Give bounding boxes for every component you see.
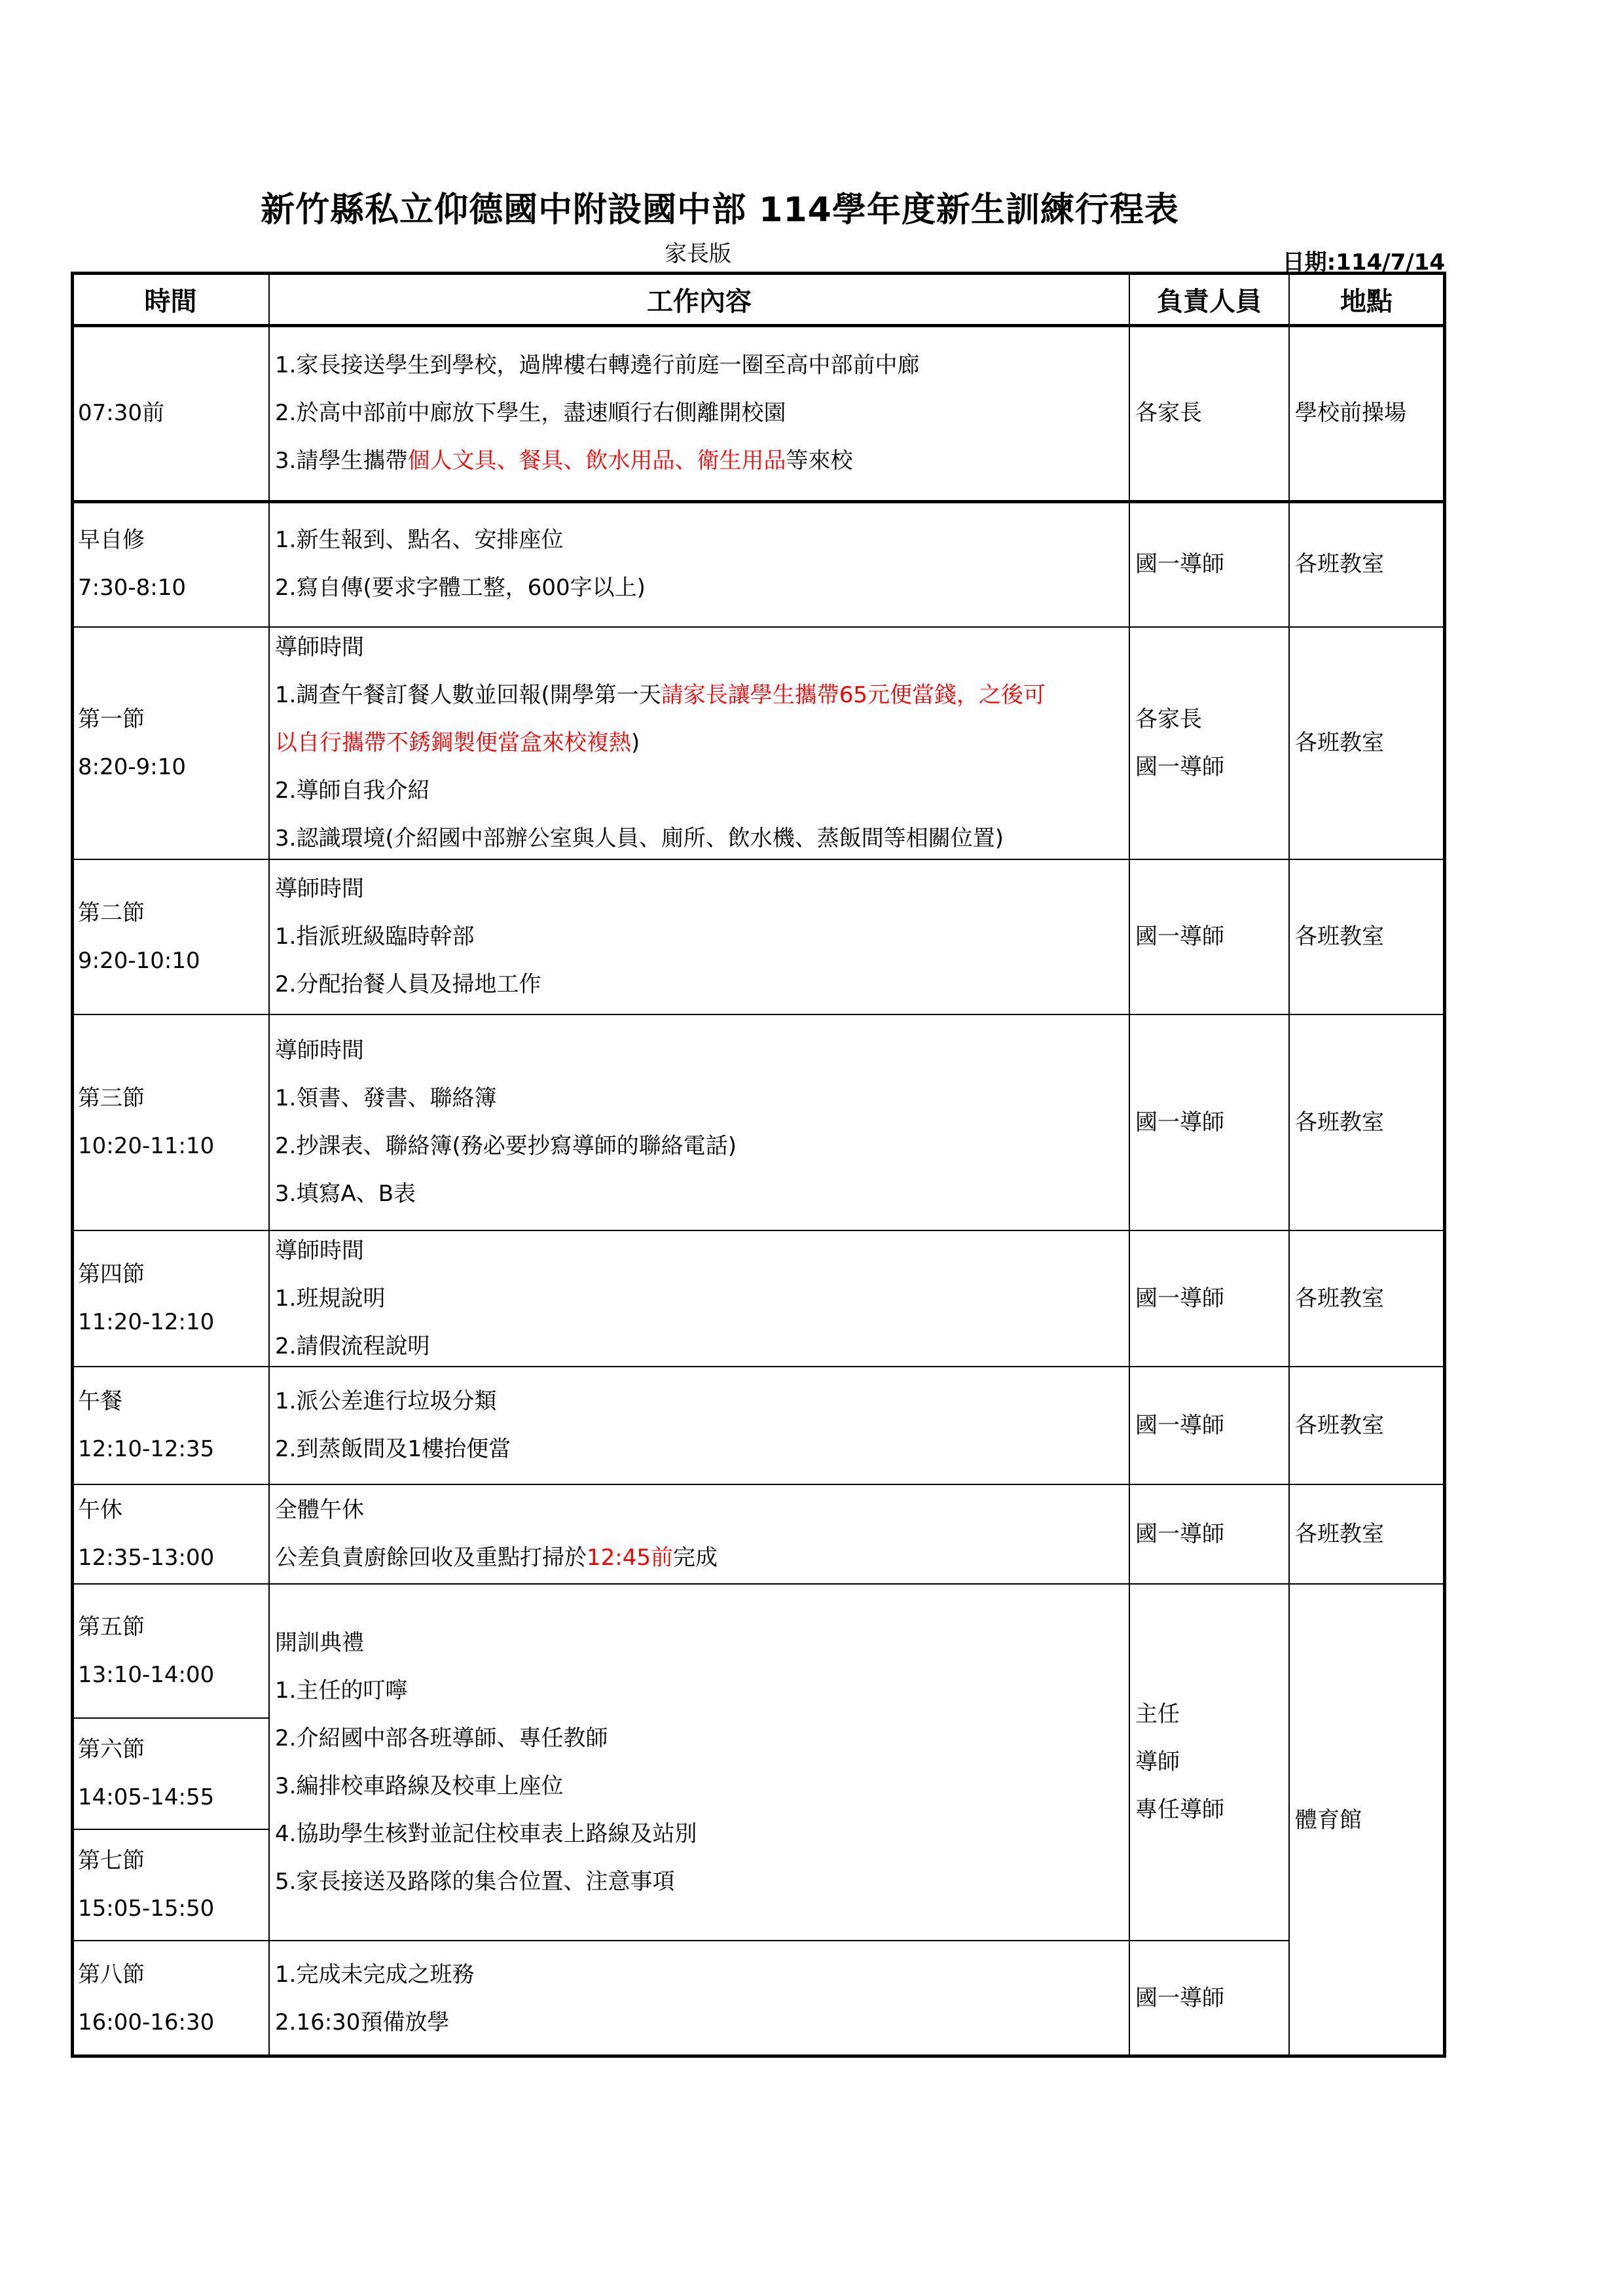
content-cell: 開訓典禮1.主任的叮嚀2.介紹國中部各班導師、專任教師3.編排校車路線及校車上座… bbox=[268, 1583, 1130, 1941]
content-cell: 全體午休公差負責廚餘回收及重點打掃於12:45前完成 bbox=[268, 1484, 1130, 1585]
cell-line: 導師時間 bbox=[275, 1027, 1129, 1075]
cell-text: 2.導師自我介紹 bbox=[275, 778, 429, 804]
content-cell: 1.家長接送學生到學校，過牌樓右轉遶行前庭一圈至高中部前中廊2.於高中部前中廊放… bbox=[268, 325, 1130, 502]
time-cell: 第四節11:20-12:10 bbox=[71, 1230, 270, 1367]
cell-text: 導師時間 bbox=[275, 1037, 364, 1064]
cell-line: 各班教室 bbox=[1295, 1275, 1444, 1323]
time-cell: 午休12:35-13:00 bbox=[71, 1484, 270, 1585]
content-cell: 1.派公差進行垃圾分類2.到蒸飯間及1樓抬便當 bbox=[268, 1366, 1130, 1485]
cell-line: 國一導師 bbox=[1135, 541, 1288, 588]
cell-line: 各班教室 bbox=[1295, 1099, 1444, 1147]
cell-line: 5.家長接送及路隊的集合位置、注意事項 bbox=[275, 1858, 1129, 1906]
cell-text: 1.指派班級臨時幹部 bbox=[275, 924, 474, 950]
column-header-location: 地點 bbox=[1288, 272, 1444, 326]
time-cell: 第一節8:20-9:10 bbox=[71, 626, 270, 860]
cell-line: 專任導師 bbox=[1135, 1786, 1288, 1834]
cell-line: 13:10-14:00 bbox=[78, 1651, 268, 1699]
cell-line: 3.填寫A、B表 bbox=[275, 1170, 1129, 1218]
location-cell: 各班教室 bbox=[1288, 1366, 1446, 1485]
cell-text: 2.寫自傳(要求字體工整，600字以上) bbox=[275, 575, 646, 601]
highlight-text: 請家長讓學生攜帶65元便當錢，之後可 bbox=[661, 682, 1046, 708]
column-header-content: 工作內容 bbox=[268, 272, 1130, 326]
staff-cell: 國一導師 bbox=[1129, 1366, 1290, 1485]
highlight-text: 個人文具、餐具、飲水用品、衛生用品 bbox=[407, 448, 786, 474]
cell-text: 導師時間 bbox=[275, 634, 364, 660]
cell-line: 第二節 bbox=[78, 889, 268, 937]
header-label: 地點 bbox=[1340, 281, 1393, 318]
content-cell: 1.完成未完成之班務2.16:30預備放學 bbox=[268, 1940, 1130, 2057]
cell-line: 2.16:30預備放學 bbox=[275, 1999, 1129, 2047]
cell-text: 1.班規說明 bbox=[275, 1285, 385, 1312]
cell-line: 2.介紹國中部各班導師、專任教師 bbox=[275, 1715, 1129, 1763]
cell-line: 早自修 bbox=[78, 516, 268, 564]
staff-cell: 國一導師 bbox=[1129, 1940, 1290, 2057]
cell-line: 07:30前 bbox=[78, 389, 268, 437]
cell-line: 8:20-9:10 bbox=[78, 744, 268, 791]
cell-line: 1.新生報到、點名、安排座位 bbox=[275, 516, 1129, 564]
header-divider bbox=[72, 324, 1445, 327]
location-cell: 各班教室 bbox=[1288, 626, 1446, 860]
time-cell: 早自修7:30-8:10 bbox=[71, 501, 270, 628]
content-cell: 1.新生報到、點名、安排座位2.寫自傳(要求字體工整，600字以上) bbox=[268, 501, 1130, 628]
highlight-text: 12:45前 bbox=[587, 1545, 673, 1571]
header-label: 工作內容 bbox=[647, 281, 752, 318]
cell-text: 2.於高中部前中廊放下學生，盡速順行右側離開校園 bbox=[275, 400, 786, 426]
cell-line: 1.主任的叮嚀 bbox=[275, 1667, 1129, 1715]
location-cell: 體育館 bbox=[1288, 1583, 1446, 2057]
header-label: 負責人員 bbox=[1157, 281, 1262, 318]
location-cell: 學校前操場 bbox=[1288, 325, 1446, 502]
header-label: 時間 bbox=[145, 281, 197, 318]
cell-line: 國一導師 bbox=[1135, 1975, 1288, 2022]
time-cell: 07:30前 bbox=[71, 325, 270, 502]
cell-text: 1.領書、發書、聯絡簿 bbox=[275, 1085, 496, 1111]
cell-line: 公差負責廚餘回收及重點打掃於12:45前完成 bbox=[275, 1534, 1129, 1582]
cell-line: 第七節 bbox=[78, 1837, 268, 1885]
cell-text: 完成 bbox=[673, 1545, 718, 1571]
cell-text: 3.填寫A、B表 bbox=[275, 1181, 416, 1207]
cell-line: 導師時間 bbox=[275, 865, 1129, 913]
cell-text: 3.請學生攜帶 bbox=[275, 448, 407, 474]
cell-line: 12:35-13:00 bbox=[78, 1534, 268, 1582]
cell-line: 1.指派班級臨時幹部 bbox=[275, 913, 1129, 961]
staff-cell: 國一導師 bbox=[1129, 1014, 1290, 1231]
cell-line: 第一節 bbox=[78, 696, 268, 744]
cell-line: 國一導師 bbox=[1135, 1402, 1288, 1450]
cell-line: 9:20-10:10 bbox=[78, 937, 268, 985]
cell-line: 各班教室 bbox=[1295, 719, 1444, 767]
content-cell: 導師時間1.指派班級臨時幹部2.分配抬餐人員及掃地工作 bbox=[268, 859, 1130, 1015]
cell-line: 體育館 bbox=[1295, 1797, 1444, 1844]
cell-line: 第八節 bbox=[78, 1951, 268, 1999]
cell-line: 各班教室 bbox=[1295, 1402, 1444, 1450]
cell-text: 3.認識環境(介紹國中部辦公室與人員、廁所、飲水機、蒸飯間等相關位置) bbox=[275, 825, 1004, 852]
content-cell: 導師時間 1.領書、發書、聯絡簿 2.抄課表、聯絡簿(務必要抄寫導師的聯絡電話)… bbox=[268, 1014, 1130, 1231]
cell-line: 3.請學生攜帶個人文具、餐具、飲水用品、衛生用品等來校 bbox=[275, 437, 1129, 485]
cell-line: 1.派公差進行垃圾分類 bbox=[275, 1378, 1129, 1426]
cell-text: 導師時間 bbox=[275, 1238, 364, 1264]
cell-line: 開訓典禮 bbox=[275, 1619, 1129, 1667]
staff-cell: 國一導師 bbox=[1129, 859, 1290, 1015]
cell-line: 1.班規說明 bbox=[275, 1275, 1129, 1323]
location-cell: 各班教室 bbox=[1288, 1014, 1446, 1231]
column-header-time: 時間 bbox=[71, 272, 270, 326]
cell-line: 國一導師 bbox=[1135, 1511, 1288, 1558]
cell-line: 2.抄課表、聯絡簿(務必要抄寫導師的聯絡電話) bbox=[275, 1122, 1129, 1170]
cell-line: 7:30-8:10 bbox=[78, 564, 268, 612]
cell-line: 第五節 bbox=[78, 1604, 268, 1651]
cell-line: 2.分配抬餐人員及掃地工作 bbox=[275, 961, 1129, 1009]
time-cell: 第六節14:05-14:55 bbox=[71, 1717, 270, 1830]
cell-line: 15:05-15:50 bbox=[78, 1885, 268, 1933]
column-header-staff: 負責人員 bbox=[1129, 272, 1290, 326]
time-cell: 第八節16:00-16:30 bbox=[71, 1940, 270, 2057]
cell-text: 全體午休 bbox=[275, 1497, 364, 1523]
cell-line: 第四節 bbox=[78, 1251, 268, 1299]
cell-line: 各家長 bbox=[1135, 389, 1288, 437]
cell-line: 4.協助學生核對並記住校車表上路線及站別 bbox=[275, 1810, 1129, 1858]
cell-text: 2.分配抬餐人員及掃地工作 bbox=[275, 971, 541, 997]
cell-line: 國一導師 bbox=[1135, 913, 1288, 961]
cell-text: 1.派公差進行垃圾分類 bbox=[275, 1388, 496, 1414]
content-cell: 導師時間1.調查午餐訂餐人數並回報(開學第一天請家長讓學生攜帶65元便當錢，之後… bbox=[268, 626, 1130, 860]
time-cell: 午餐12:10-12:35 bbox=[71, 1366, 270, 1485]
cell-line: 11:20-12:10 bbox=[78, 1299, 268, 1346]
cell-text: 2.抄課表、聯絡簿(務必要抄寫導師的聯絡電話) bbox=[275, 1133, 737, 1159]
content-cell: 導師時間1.班規說明2.請假流程說明 bbox=[268, 1230, 1130, 1367]
staff-cell: 國一導師 bbox=[1129, 501, 1290, 628]
time-cell: 第二節9:20-10:10 bbox=[71, 859, 270, 1015]
cell-line: 學校前操場 bbox=[1295, 389, 1444, 437]
row-divider-thick bbox=[72, 500, 1445, 503]
cell-line: 1.家長接送學生到學校，過牌樓右轉遶行前庭一圈至高中部前中廊 bbox=[275, 342, 1129, 389]
highlight-text: 以自行攜帶不銹鋼製便當盒來校複熱 bbox=[275, 730, 631, 756]
cell-line: 導師時間 bbox=[275, 1227, 1129, 1275]
cell-text: 公差負責廚餘回收及重點打掃於 bbox=[275, 1545, 587, 1571]
cell-line: 全體午休 bbox=[275, 1486, 1129, 1534]
cell-text: 1.家長接送學生到學校，過牌樓右轉遶行前庭一圈至高中部前中廊 bbox=[275, 352, 919, 378]
cell-line: 2.導師自我介紹 bbox=[275, 767, 1129, 815]
location-cell: 各班教室 bbox=[1288, 1230, 1446, 1367]
cell-line: 3.編排校車路線及校車上座位 bbox=[275, 1763, 1129, 1810]
staff-cell: 國一導師 bbox=[1129, 1230, 1290, 1367]
cell-text: 導師時間 bbox=[275, 876, 364, 902]
cell-text: 1.調查午餐訂餐人數並回報(開學第一天 bbox=[275, 682, 661, 708]
cell-line: 2.寫自傳(要求字體工整，600字以上) bbox=[275, 564, 1129, 612]
cell-line: 2.到蒸飯間及1樓抬便當 bbox=[275, 1426, 1129, 1473]
cell-text: 1.新生報到、點名、安排座位 bbox=[275, 527, 563, 553]
cell-line: 1.完成未完成之班務 bbox=[275, 1951, 1129, 1999]
cell-line: 各家長 bbox=[1135, 696, 1288, 744]
cell-line: 國一導師 bbox=[1135, 744, 1288, 791]
time-cell: 第三節10:20-11:10 bbox=[71, 1014, 270, 1231]
cell-text: 等來校 bbox=[786, 448, 852, 474]
location-cell: 各班教室 bbox=[1288, 501, 1446, 628]
cell-line: 午休 bbox=[78, 1486, 268, 1534]
schedule-table: 時間 工作內容 負責人員 地點 07:30前1.家長接送學生到學校，過牌樓右轉遶… bbox=[0, 0, 1623, 2296]
cell-text: ) bbox=[631, 730, 640, 756]
cell-line: 3.認識環境(介紹國中部辦公室與人員、廁所、飲水機、蒸飯間等相關位置) bbox=[275, 815, 1129, 863]
staff-cell: 主任導師專任導師 bbox=[1129, 1583, 1290, 1941]
cell-line: 2.於高中部前中廊放下學生，盡速順行右側離開校園 bbox=[275, 389, 1129, 437]
time-cell: 第七節15:05-15:50 bbox=[71, 1829, 270, 1941]
cell-line: 國一導師 bbox=[1135, 1275, 1288, 1323]
cell-line: 以自行攜帶不銹鋼製便當盒來校複熱) bbox=[275, 719, 1129, 767]
cell-line: 第六節 bbox=[78, 1726, 268, 1774]
cell-line: 各班教室 bbox=[1295, 913, 1444, 961]
cell-line: 16:00-16:30 bbox=[78, 1999, 268, 2047]
cell-line: 1.調查午餐訂餐人數並回報(開學第一天請家長讓學生攜帶65元便當錢，之後可 bbox=[275, 672, 1129, 719]
time-cell: 第五節13:10-14:00 bbox=[71, 1583, 270, 1719]
cell-line: 各班教室 bbox=[1295, 541, 1444, 588]
location-cell: 各班教室 bbox=[1288, 859, 1446, 1015]
cell-text: 2.到蒸飯間及1樓抬便當 bbox=[275, 1436, 511, 1462]
cell-line: 導師 bbox=[1135, 1738, 1288, 1786]
cell-line: 國一導師 bbox=[1135, 1099, 1288, 1147]
location-cell: 各班教室 bbox=[1288, 1484, 1446, 1585]
cell-line: 10:20-11:10 bbox=[78, 1122, 268, 1170]
cell-line: 2.請假流程說明 bbox=[275, 1323, 1129, 1371]
cell-line: 1.領書、發書、聯絡簿 bbox=[275, 1075, 1129, 1122]
cell-line: 14:05-14:55 bbox=[78, 1774, 268, 1821]
cell-line: 午餐 bbox=[78, 1378, 268, 1426]
staff-cell: 各家長 bbox=[1129, 325, 1290, 502]
staff-cell: 國一導師 bbox=[1129, 1484, 1290, 1585]
cell-line: 各班教室 bbox=[1295, 1511, 1444, 1558]
staff-cell: 各家長國一導師 bbox=[1129, 626, 1290, 860]
cell-line: 12:10-12:35 bbox=[78, 1426, 268, 1473]
cell-text: 2.請假流程說明 bbox=[275, 1333, 429, 1359]
cell-line: 導師時間 bbox=[275, 624, 1129, 672]
cell-line: 主任 bbox=[1135, 1691, 1288, 1738]
cell-line: 第三節 bbox=[78, 1075, 268, 1122]
